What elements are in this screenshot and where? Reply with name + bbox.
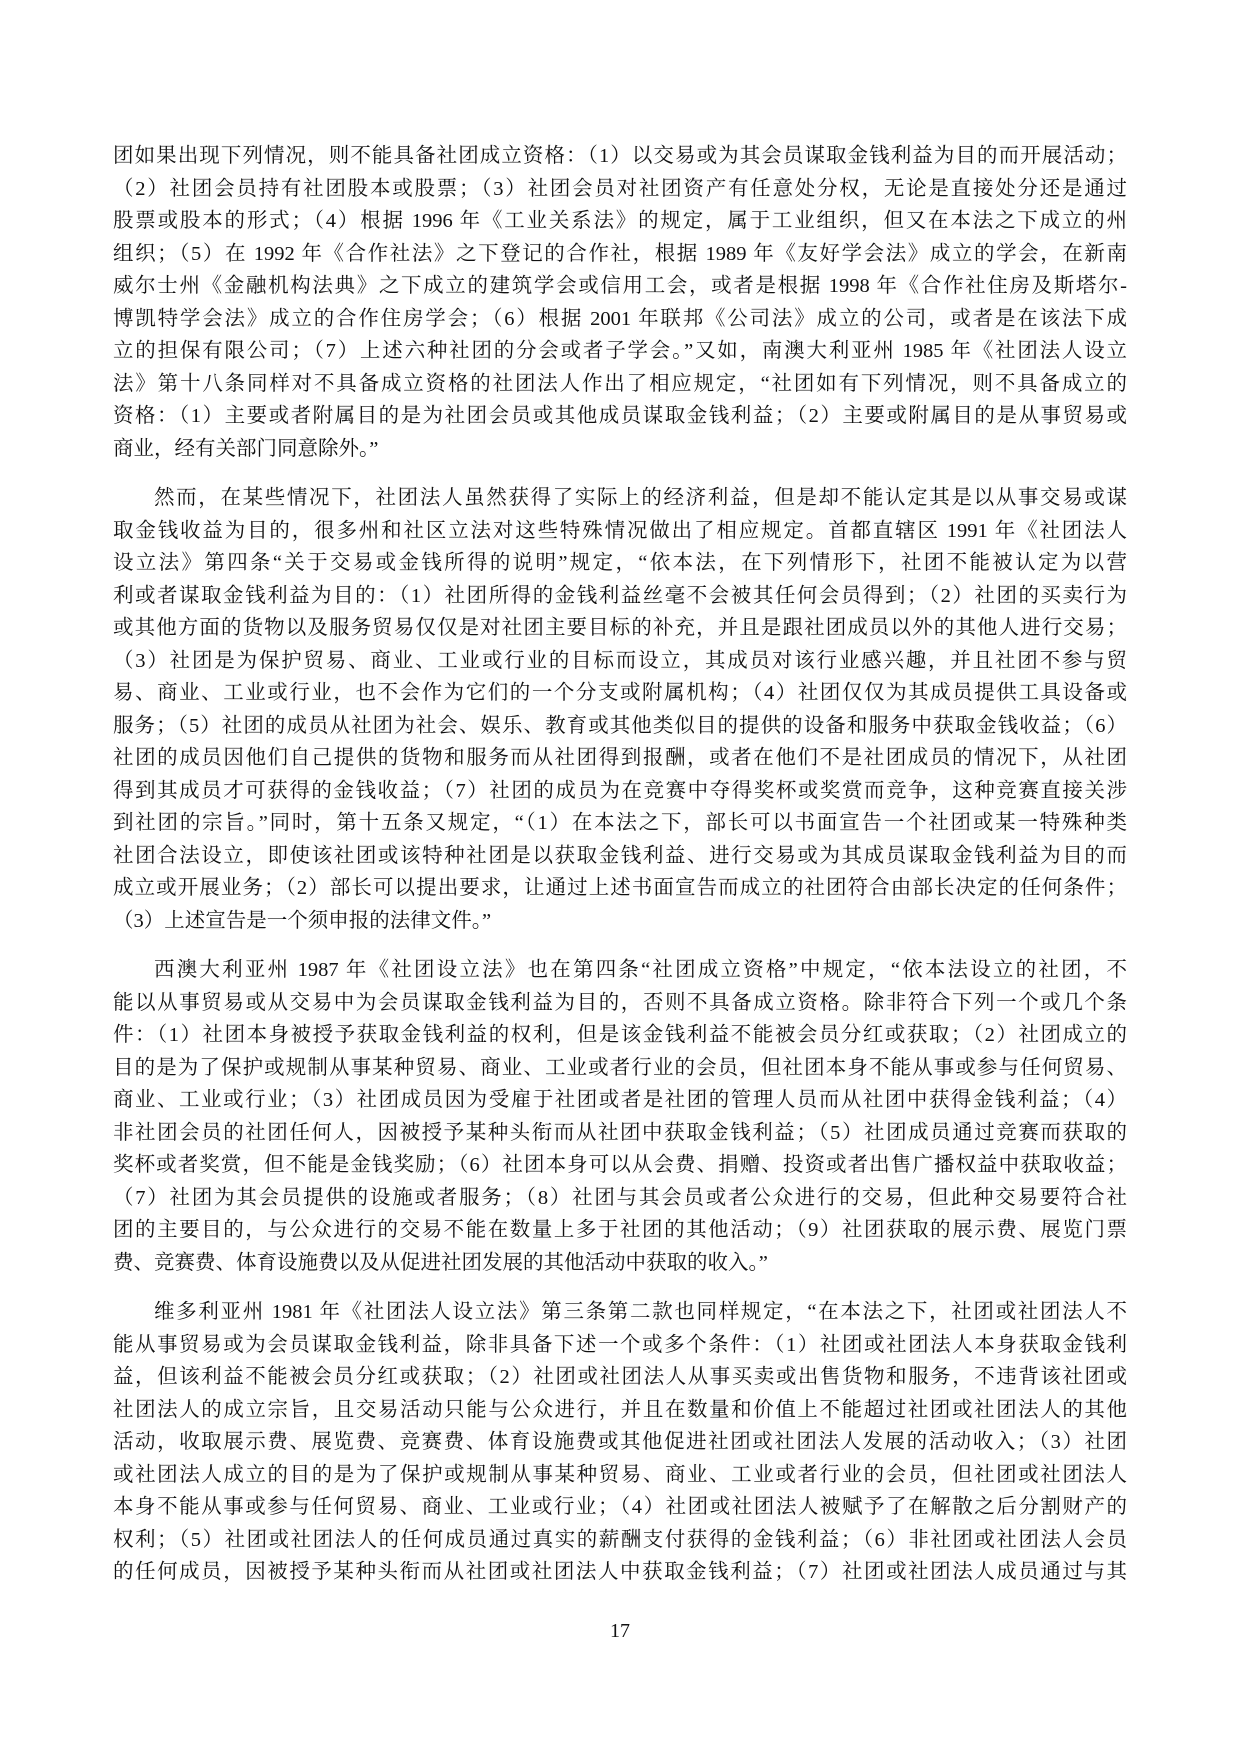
text-line: （2）社团会员持有社团股本或股票；（3）社团会员对社团资产有任意处分权，无论是直…: [113, 173, 1127, 206]
text-line: 然而，在某些情况下，社团法人虽然获得了实际上的经济利益，但是却不能认定其是以从事…: [113, 482, 1127, 515]
paragraph: 然而，在某些情况下，社团法人虽然获得了实际上的经济利益，但是却不能认定其是以从事…: [113, 482, 1127, 937]
text-line: 商业、工业或行业；（3）社团成员因为受雇于社团或者是社团的管理人员而从社团中获得…: [113, 1084, 1127, 1117]
page-number: 17: [0, 1620, 1240, 1643]
document-page: 团如果出现下列情况，则不能具备社团成立资格：（1）以交易或为其会员谋取金钱利益为…: [0, 0, 1240, 1753]
text-line: （7）社团为其会员提供的设施或者服务；（8）社团与其会员或者公众进行的交易，但此…: [113, 1182, 1127, 1215]
body-text: 团如果出现下列情况，则不能具备社团成立资格：（1）以交易或为其会员谋取金钱利益为…: [113, 140, 1127, 1589]
text-line: 商业，经有关部门同意除外。”: [113, 433, 1127, 466]
text-line: 易、商业、工业或行业，也不会作为它们的一个分支或附属机构；（4）社团仅仅为其成员…: [113, 677, 1127, 710]
text-line: 或其他方面的货物以及服务贸易仅仅是对社团主要目标的补充，并且是跟社团成员以外的其…: [113, 612, 1127, 645]
text-line: 本身不能从事或参与任何贸易、商业、工业或行业；（4）社团或社团法人被赋予了在解散…: [113, 1491, 1127, 1524]
text-line: 西澳大利亚州 1987 年《社团设立法》也在第四条“社团成立资格”中规定，“依本…: [113, 954, 1127, 987]
text-line: 社团法人的成立宗旨，且交易活动只能与公众进行，并且在数量和价值上不能超过社团或社…: [113, 1394, 1127, 1427]
text-line: 服务；（5）社团的成员从社团为社会、娱乐、教育或其他类似目的提供的设备和服务中获…: [113, 710, 1127, 743]
text-line: 法》第十八条同样对不具备成立资格的社团法人作出了相应规定，“社团如有下列情况，则…: [113, 368, 1127, 401]
text-line: 组织；（5）在 1992 年《合作社法》之下登记的合作社，根据 1989 年《友…: [113, 238, 1127, 271]
text-line: 或社团法人成立的目的是为了保护或规制从事某种贸易、商业、工业或者行业的会员，但社…: [113, 1459, 1127, 1492]
text-line: 社团的成员因他们自己提供的货物和服务而从社团得到报酬，或者在他们不是社团成员的情…: [113, 742, 1127, 775]
text-line: 到社团的宗旨。”同时，第十五条又规定，“（1）在本法之下，部长可以书面宣告一个社…: [113, 807, 1127, 840]
text-line: 设立法》第四条“关于交易或金钱所得的说明”规定，“依本法，在下列情形下，社团不能…: [113, 547, 1127, 580]
text-line: （3）社团是为保护贸易、商业、工业或行业的目标而设立，其成员对该行业感兴趣，并且…: [113, 645, 1127, 678]
text-line: 取金钱收益为目的，很多州和社区立法对这些特殊情况做出了相应规定。首都直辖区 19…: [113, 515, 1127, 548]
text-line: 得到其成员才可获得的金钱收益；（7）社团的成员为在竞赛中夺得奖杯或奖赏而竞争，这…: [113, 775, 1127, 808]
text-line: 威尔士州《金融机构法典》之下成立的建筑学会或信用工会，或者是根据 1998 年《…: [113, 270, 1127, 303]
text-line: （3）上述宣告是一个须申报的法律文件。”: [113, 905, 1127, 938]
text-line: 成立或开展业务；（2）部长可以提出要求，让通过上述书面宣告而成立的社团符合由部长…: [113, 872, 1127, 905]
text-line: 目的是为了保护或规制从事某种贸易、商业、工业或者行业的会员，但社团本身不能从事或…: [113, 1052, 1127, 1085]
text-line: 团如果出现下列情况，则不能具备社团成立资格：（1）以交易或为其会员谋取金钱利益为…: [113, 140, 1127, 173]
text-line: 活动，收取展示费、展览费、竞赛费、体育设施费或其他促进社团或社团法人发展的活动收…: [113, 1426, 1127, 1459]
text-line: 的任何成员，因被授予某种头衔而从社团或社团法人中获取金钱利益；（7）社团或社团法…: [113, 1556, 1127, 1589]
text-line: 股票或股本的形式；（4）根据 1996 年《工业关系法》的规定，属于工业组织，但…: [113, 205, 1127, 238]
text-line: 社团合法设立，即使该社团或该特种社团是以获取金钱利益、进行交易或为其成员谋取金钱…: [113, 840, 1127, 873]
text-line: 权利；（5）社团或社团法人的任何成员通过真实的薪酬支付获得的金钱利益；（6）非社…: [113, 1524, 1127, 1557]
text-line: 件：（1）社团本身被授予获取金钱利益的权利，但是该金钱利益不能被会员分红或获取；…: [113, 1019, 1127, 1052]
text-line: 利或者谋取金钱利益为目的：（1）社团所得的金钱利益丝毫不会被其任何会员得到；（2…: [113, 580, 1127, 613]
text-line: 资格：（1）主要或者附属目的是为社团会员或其他成员谋取金钱利益；（2）主要或附属…: [113, 400, 1127, 433]
text-line: 益，但该利益不能被会员分红或获取；（2）社团或社团法人从事买卖或出售货物和服务，…: [113, 1361, 1127, 1394]
text-line: 博凯特学会法》成立的合作住房学会；（6）根据 2001 年联邦《公司法》成立的公…: [113, 303, 1127, 336]
paragraph: 维多利亚州 1981 年《社团法人设立法》第三条第二款也同样规定，“在本法之下，…: [113, 1296, 1127, 1589]
text-line: 团的主要目的，与公众进行的交易不能在数量上多于社团的其他活动；（9）社团获取的展…: [113, 1214, 1127, 1247]
text-line: 能以从事贸易或从交易中为会员谋取金钱利益为目的，否则不具备成立资格。除非符合下列…: [113, 987, 1127, 1020]
text-line: 费、竞赛费、体育设施费以及从促进社团发展的其他活动中获取的收入。”: [113, 1247, 1127, 1280]
text-line: 维多利亚州 1981 年《社团法人设立法》第三条第二款也同样规定，“在本法之下，…: [113, 1296, 1127, 1329]
paragraph: 团如果出现下列情况，则不能具备社团成立资格：（1）以交易或为其会员谋取金钱利益为…: [113, 140, 1127, 465]
text-line: 非社团会员的社团任何人，因被授予某种头衔而从社团中获取金钱利益；（5）社团成员通…: [113, 1117, 1127, 1150]
paragraph: 西澳大利亚州 1987 年《社团设立法》也在第四条“社团成立资格”中规定，“依本…: [113, 954, 1127, 1279]
text-line: 立的担保有限公司；（7）上述六种社团的分会或者子学会。”又如，南澳大利亚州 19…: [113, 335, 1127, 368]
text-line: 奖杯或者奖赏，但不能是金钱奖励；（6）社团本身可以从会费、捐赠、投资或者出售广播…: [113, 1149, 1127, 1182]
text-line: 能从事贸易或为会员谋取金钱利益，除非具备下述一个或多个条件：（1）社团或社团法人…: [113, 1329, 1127, 1362]
